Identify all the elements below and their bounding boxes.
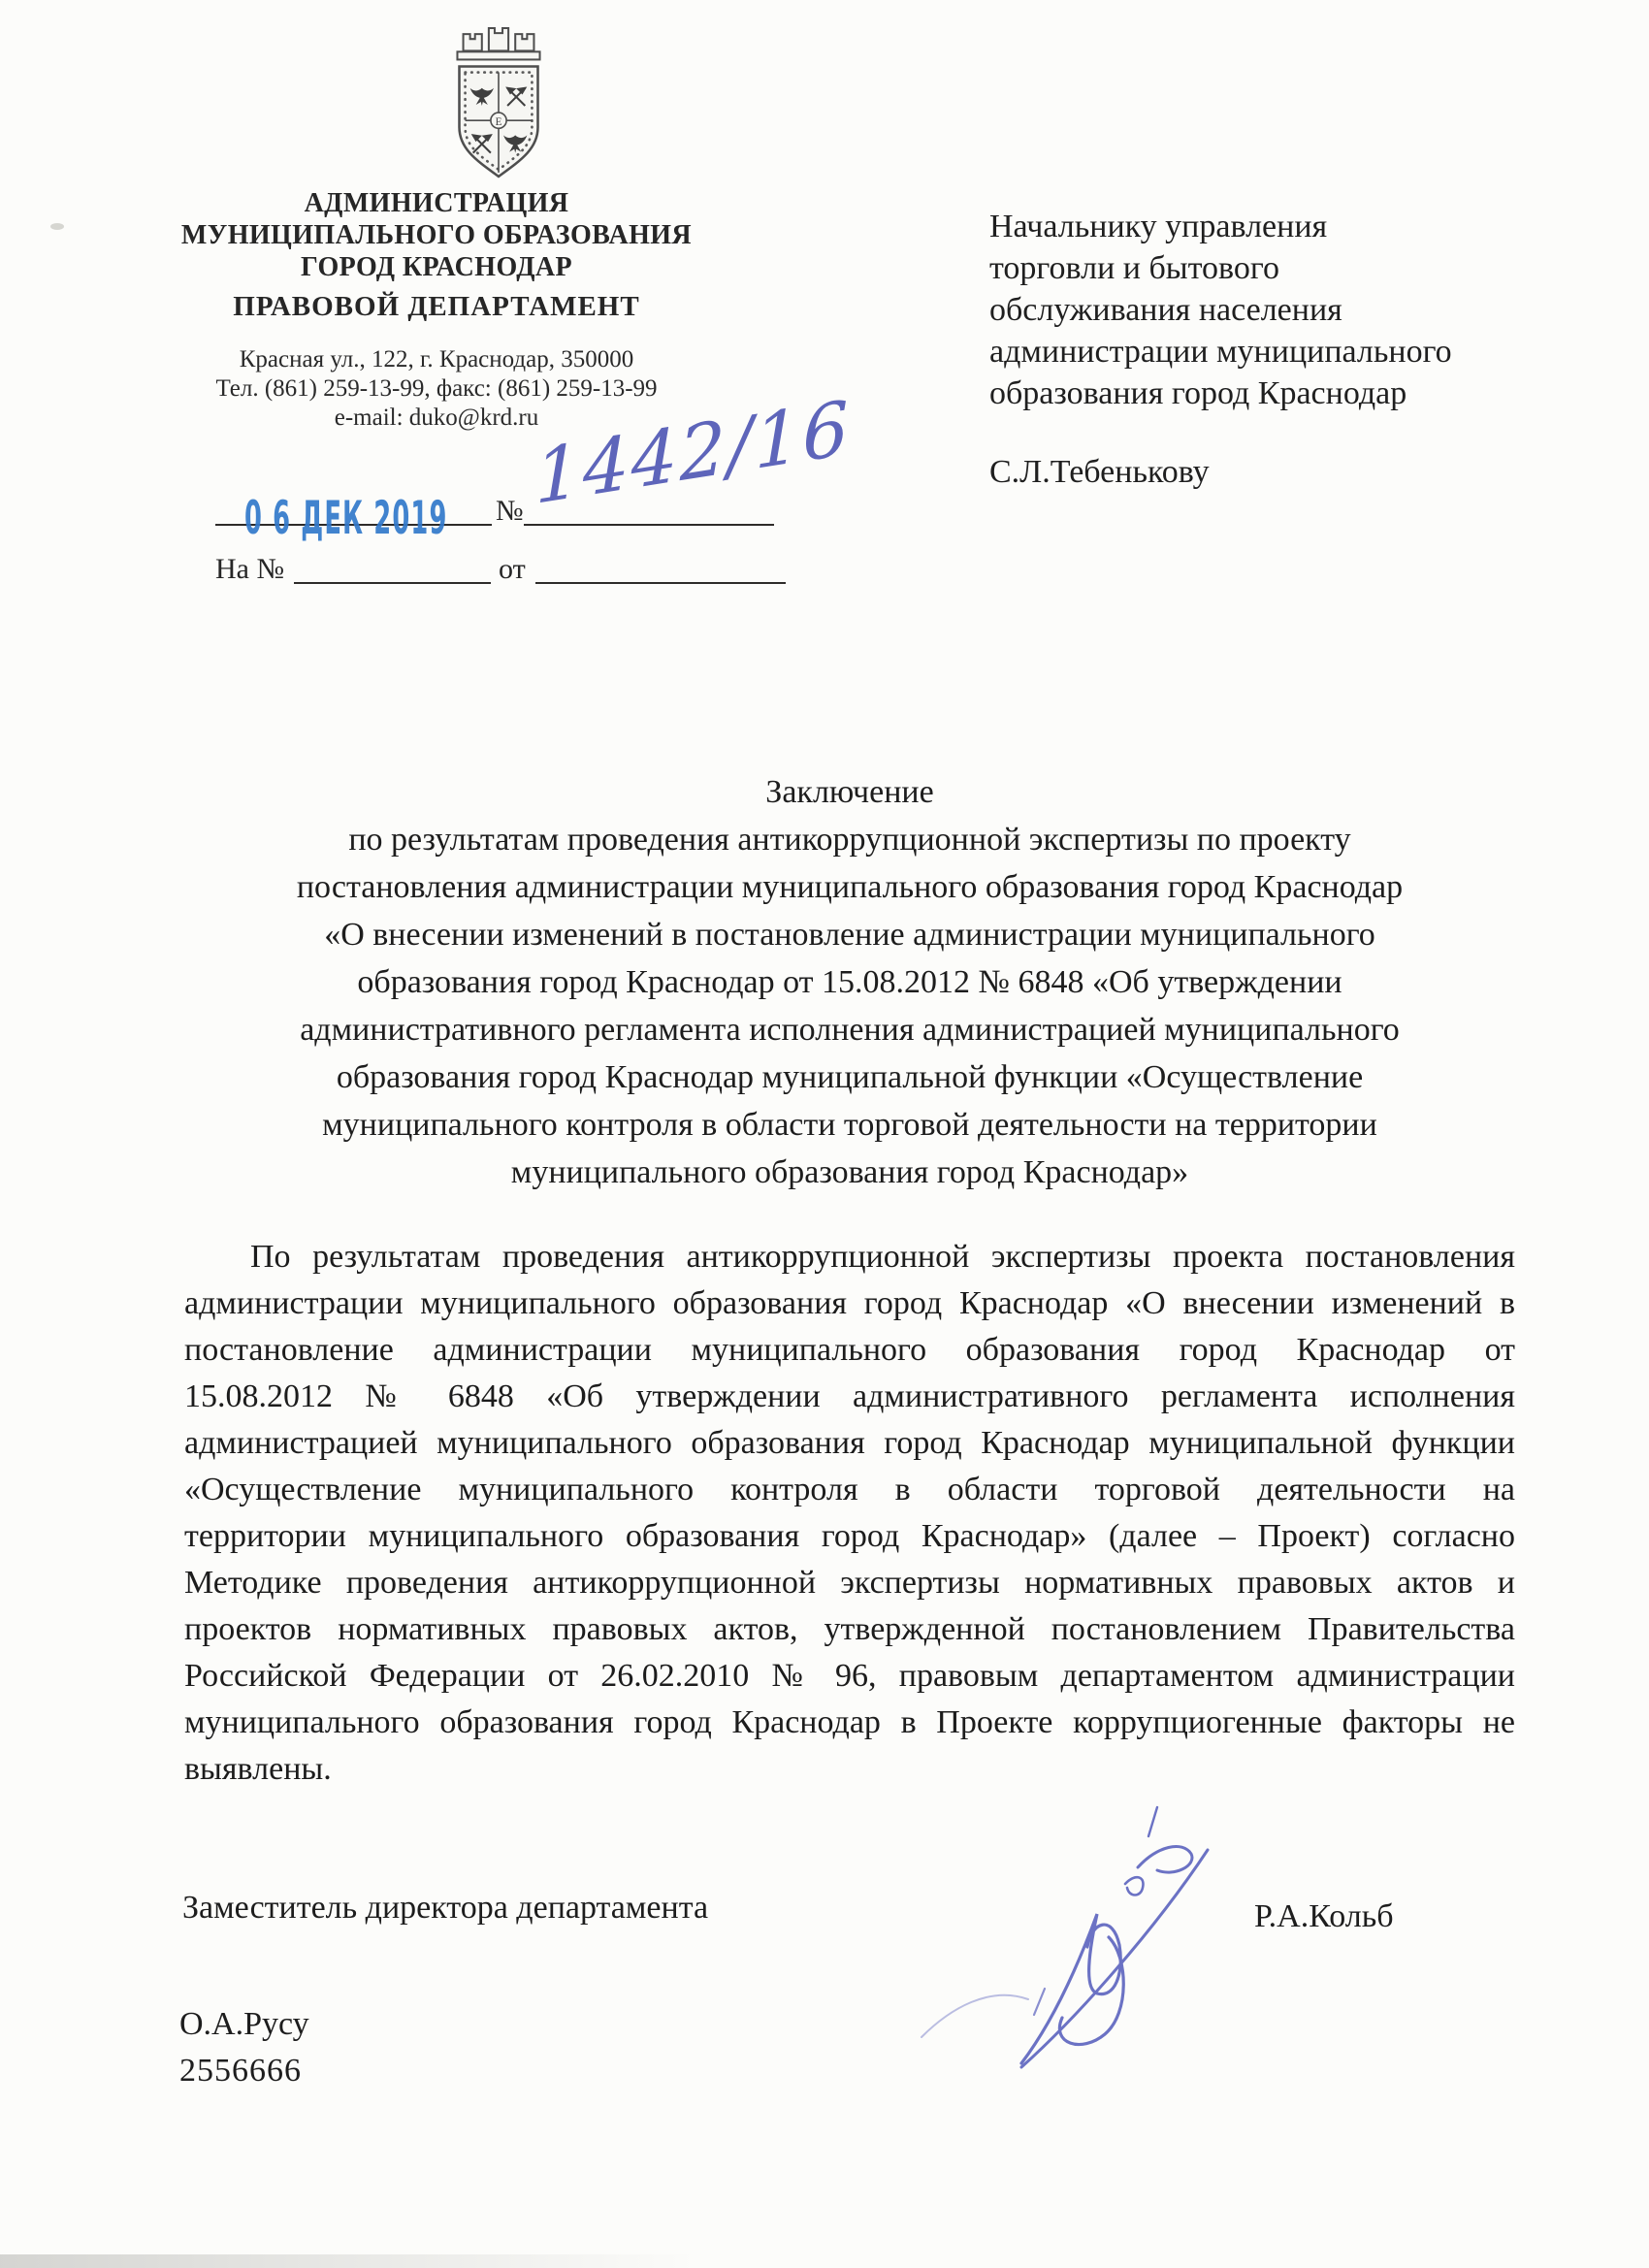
recipient-name: С.Л.Тебенькову <box>989 451 1533 493</box>
title-lines: по результатам проведения антикоррупцион… <box>184 816 1515 1196</box>
incoming-date-label: от <box>499 553 526 586</box>
recipient-address-line: администрации муниципального <box>989 331 1533 373</box>
title-line: образования город Краснодар муниципально… <box>184 1053 1515 1101</box>
title-line: муниципального контроля в области торгов… <box>184 1101 1515 1149</box>
body-paragraph: По результатам проведения антикоррупцион… <box>184 1234 1515 1793</box>
svg-text:Е: Е <box>496 116 502 128</box>
recipient-address-line: обслуживания населения <box>989 289 1533 331</box>
scan-speck <box>50 223 64 230</box>
signer-name: Р.А.Кольб <box>1254 1898 1394 1935</box>
department-name: ПРАВОВОЙ ДЕПАРТАМЕНТ <box>107 291 766 323</box>
title-heading: Заключение <box>184 768 1515 816</box>
handwritten-signature-icon <box>907 1790 1295 2081</box>
title-line: муниципального образования город Краснод… <box>184 1149 1515 1196</box>
recipient-address-line: образования город Краснодар <box>989 373 1533 414</box>
document-title: Заключение по результатам проведения ант… <box>184 768 1515 1196</box>
title-line: образования город Краснодар от 15.08.201… <box>184 958 1515 1006</box>
scanned-letter-page: Е АДМИНИСТРАЦИЯМУНИЦИПАЛЬНОГО ОБРАЗОВАНИ… <box>0 0 1649 2268</box>
signer-position-title: Заместитель директора департамента <box>182 1890 708 1927</box>
title-line: «О внесении изменений в постановление ад… <box>184 911 1515 958</box>
outgoing-number-underline <box>524 524 774 526</box>
recipient-address: Начальнику управленияторговли и бытового… <box>989 206 1533 414</box>
org-name-line: АДМИНИСТРАЦИЯ <box>107 187 766 219</box>
coat-of-arms-icon: Е <box>438 25 559 182</box>
recipient-address-line: Начальнику управления <box>989 206 1533 247</box>
incoming-date-stamp: 0 6 ДЕК 2019 <box>244 491 424 544</box>
address-line: Красная ул., 122, г. Краснодар, 350000 <box>107 345 766 374</box>
incoming-number-underline <box>294 582 491 584</box>
incoming-date-underline <box>535 582 786 584</box>
incoming-number-label: На № <box>215 553 284 586</box>
scan-edge-shadow <box>0 2254 698 2268</box>
outgoing-number-label: № <box>496 495 524 528</box>
phone-fax-line: Тел. (861) 259-13-99, факс: (861) 259-13… <box>107 374 766 404</box>
org-name-line: ГОРОД КРАСНОДАР <box>107 251 766 283</box>
executor-name: О.А.Русу <box>179 2006 309 2043</box>
executor-phone: 2556666 <box>179 2053 302 2090</box>
org-name-line: МУНИЦИПАЛЬНОГО ОБРАЗОВАНИЯ <box>107 219 766 251</box>
recipient-address-line: торговли и бытового <box>989 247 1533 289</box>
title-line: постановления администрации муниципально… <box>184 863 1515 911</box>
recipient-block: Начальнику управленияторговли и бытового… <box>989 206 1533 493</box>
title-line: административного регламента исполнения … <box>184 1006 1515 1053</box>
org-name: АДМИНИСТРАЦИЯМУНИЦИПАЛЬНОГО ОБРАЗОВАНИЯГ… <box>107 187 766 283</box>
title-line: по результатам проведения антикоррупцион… <box>184 816 1515 863</box>
